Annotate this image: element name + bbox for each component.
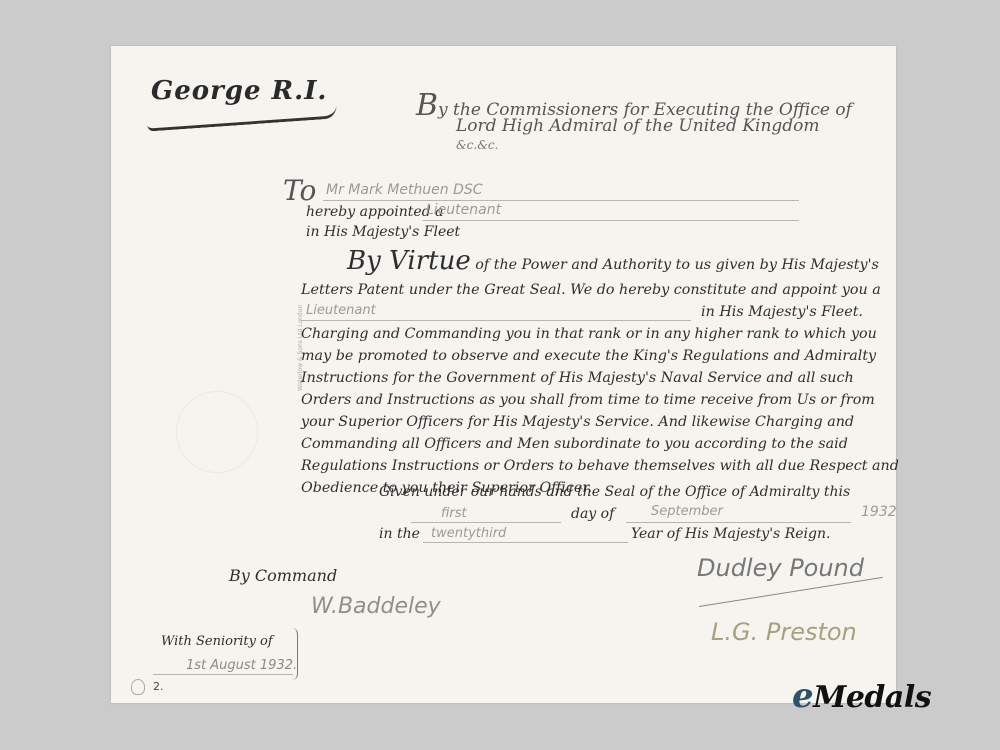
- seniority-value: 1st August 1932.: [186, 658, 297, 673]
- reign-rule: [423, 542, 628, 543]
- body-line-6: Instructions for the Government of His M…: [301, 370, 854, 386]
- month-value: September: [651, 504, 723, 519]
- reign-suffix: Year of His Majesty's Reign.: [631, 526, 830, 542]
- royal-signature: George R.I.: [151, 76, 327, 106]
- header-line-2: Lord High Admiral of the United Kingdom: [456, 116, 820, 136]
- reign-prefix: in the: [379, 526, 420, 542]
- reign-value: twentythird: [431, 526, 506, 541]
- day-rule: [411, 522, 561, 523]
- day-value: first: [441, 506, 467, 521]
- rank-fill-rule: [301, 320, 691, 321]
- given-statement: Given under our hands and the Seal of th…: [379, 484, 850, 500]
- body-line-3: in His Majesty's Fleet.: [701, 304, 863, 320]
- by-virtue: By Virtue: [347, 246, 471, 276]
- month-rule: [626, 522, 851, 523]
- recipient-name: Mr Mark Methuen DSC: [326, 182, 483, 198]
- to-label: To: [283, 174, 316, 207]
- royal-signature-flourish: [147, 105, 337, 131]
- by-command: By Command: [229, 566, 337, 585]
- day-label: day of: [571, 506, 614, 522]
- body-line-5: may be promoted to observe and execute t…: [301, 348, 876, 364]
- body-line-2: Letters Patent under the Great Seal. We …: [301, 282, 881, 298]
- page-number: 2.: [153, 680, 164, 693]
- header-line-3: &c.&c.: [456, 138, 498, 152]
- fleet-label: in His Majesty's Fleet: [306, 224, 460, 240]
- body-line-10: Regulations Instructions or Orders to be…: [301, 458, 899, 474]
- embossed-seal: [176, 391, 258, 473]
- body-line-9: Commanding all Officers and Men subordin…: [301, 436, 848, 452]
- logo-e: e: [792, 676, 813, 716]
- body-line-8: your Superior Officers for His Majesty's…: [301, 414, 854, 430]
- seniority-rule: [153, 674, 293, 675]
- body-line-4: Charging and Commanding you in that rank…: [301, 326, 877, 342]
- body-line-1: By Virtue of the Power and Authority to …: [347, 246, 879, 276]
- rank-fill: Lieutenant: [306, 303, 376, 318]
- seniority-label: With Seniority of: [161, 634, 273, 649]
- rank-rule: [423, 220, 799, 221]
- year-value: 1932: [861, 504, 897, 520]
- header-initial: B: [416, 88, 438, 123]
- emedals-watermark-logo: eMedals: [792, 676, 931, 716]
- appointed-rank: Lieutenant: [426, 202, 501, 218]
- commissioner-signature-1: Dudley Pound: [697, 554, 864, 582]
- logo-text: Medals: [813, 680, 931, 715]
- secretary-signature: W.Baddeley: [311, 594, 441, 619]
- appointed-label: hereby appointed a: [306, 204, 443, 220]
- recipient-rule: [323, 200, 799, 201]
- seniority-brace: [291, 628, 298, 680]
- commission-document: Waterlow & Sons Ltd London George R.I. B…: [111, 46, 896, 703]
- commissioner-signature-2: L.G. Preston: [711, 618, 857, 646]
- corner-blind-stamp: [131, 679, 145, 695]
- body-line-7: Orders and Instructions as you shall fro…: [301, 392, 875, 408]
